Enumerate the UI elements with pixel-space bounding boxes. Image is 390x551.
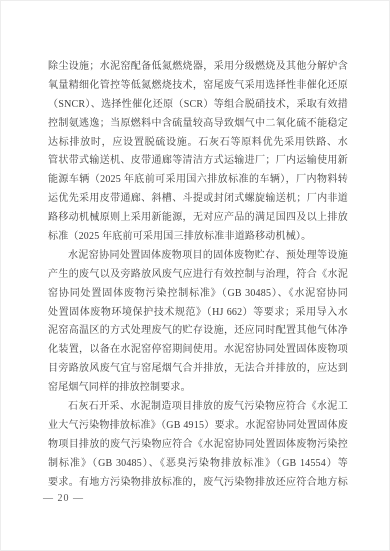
document-page: 除尘设施；水泥窑配备低氮燃烧器，采用分级燃烧及其他分解炉含 氧量精细化管控等低氮… <box>0 0 390 551</box>
text-line: 能源车辆（2025 年底前可采用国六排放标准的车辆），厂内物料转 <box>48 171 348 190</box>
text-line: 除尘设施；水泥窑配备低氮燃烧器，采用分级燃烧及其他分解炉含 <box>48 58 348 77</box>
text-line: 水泥窑协同处置固体废物项目的固体废物贮存、预处理等设施 <box>48 247 348 266</box>
text-line: 运优先采用皮带通廊、斜槽、斗提或封闭式螺旋输送机；厂内非道 <box>48 190 348 209</box>
page-number: — 20 — <box>43 492 84 506</box>
text-line: 业大气污染物排放标准》（GB 4915）要求。水泥窑协同处置固体废 <box>48 417 348 436</box>
text-line: 标准（2025 年底前可采用国三排放标准非道路移动机械）。 <box>48 228 348 247</box>
text-line: 氧量精细化管控等低氮燃烧技术，窑尾废气采用选择性非催化还原 <box>48 77 348 96</box>
paragraph: 水泥窑协同处置固体废物项目的固体废物贮存、预处理等设施 产生的废气以及旁路放风废… <box>48 247 348 398</box>
text-line: 目旁路放风废气宜与窑尾烟气合并排放，无法合并排放的，应达到 <box>48 360 348 379</box>
body-text: 除尘设施；水泥窑配备低氮燃烧器，采用分级燃烧及其他分解炉含 氧量精细化管控等低氮… <box>48 58 348 492</box>
text-line: 石灰石开采、水泥制造项目排放的废气污染物应符合《水泥工 <box>48 398 348 417</box>
text-line: 产生的废气以及旁路放风废气应进行有效控制与治理，符合《水泥 <box>48 266 348 285</box>
paragraph: 石灰石开采、水泥制造项目排放的废气污染物应符合《水泥工 业大气污染物排放标准》（… <box>48 398 348 492</box>
text-line: 窑协同处置固体废物污染控制标准》（GB 30485）、《水泥窑协同 <box>48 285 348 304</box>
text-line: （SNCR）、选择性催化还原（SCR）等组合脱硝技术，采取有效措施 <box>48 96 348 115</box>
text-line: 泥窑高温区的方式处理废气的贮存设施，还应同时配置其他气体净 <box>48 322 348 341</box>
paragraph: 除尘设施；水泥窑配备低氮燃烧器，采用分级燃烧及其他分解炉含 氧量精细化管控等低氮… <box>48 58 348 247</box>
text-line: 要求。有地方污染物排放标准的，废气污染物排放还应符合地方标 <box>48 474 348 493</box>
text-line: 管状带式输送机、皮带通廊等清洁方式运输进厂；厂内运输使用新 <box>48 152 348 171</box>
text-line: 达标排放时，应设置脱硫设施。石灰石等原料优先采用铁路、水路、 <box>48 134 348 153</box>
text-line: 处置固体废物环境保护技术规范》（HJ 662）等要求；采用导入水 <box>48 304 348 323</box>
text-line: 物项目排放的废气污染物应符合《水泥窑协同处置固体废物污染控 <box>48 436 348 455</box>
text-line: 窑尾烟气同样的排放控制要求。 <box>48 379 348 398</box>
text-line: 路移动机械原则上采用新能源，无对应产品的满足国四及以上排放 <box>48 209 348 228</box>
text-line: 控制氨逃逸；当原燃料中含硫量较高导致烟气中二氧化硫不能稳定 <box>48 115 348 134</box>
text-line: 制标准》（GB 30485）、《恶臭污染物排放标准》（GB 14554）等 <box>48 455 348 474</box>
text-line: 化装置，以备在水泥窑停窑期间使用。水泥窑协同处置固体废物项 <box>48 341 348 360</box>
